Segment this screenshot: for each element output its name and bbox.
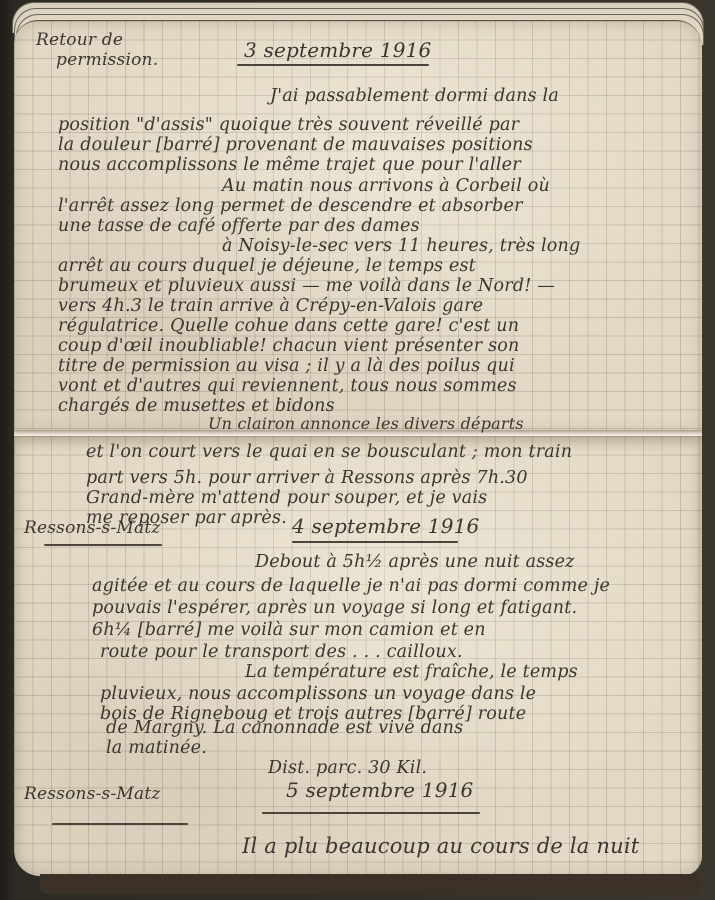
entry-place: Ressons-s-Matz: [24, 520, 161, 537]
diary-line: vont et d'autres qui reviennent, tous no…: [58, 378, 517, 396]
place-underline: [52, 823, 188, 825]
diary-line: Il a plu beaucoup au cours de la nuit: [242, 836, 639, 857]
diary-line: à Noisy-le-sec vers 11 heures, très long: [222, 238, 580, 256]
diary-line: coup d'œil inoubliable! chacun vient pré…: [58, 338, 519, 356]
entry-date: 5 septembre 1916: [286, 780, 473, 800]
date-underline: [292, 541, 458, 543]
diary-line: J'ai passablement dormi dans la: [270, 88, 559, 106]
diary-line: brumeux et pluvieux aussi — me voilà dan…: [58, 278, 555, 296]
page-shadow: [40, 874, 700, 894]
diary-line: Un clairon annonce les divers départs: [208, 416, 524, 432]
diary-line: titre de permission au visa ; il y a là …: [58, 358, 515, 376]
place-underline: [44, 544, 162, 546]
diary-line: nous accomplissons le même trajet que po…: [58, 157, 521, 175]
entry-place: Ressons-s-Matz: [24, 786, 161, 803]
diary-line: pluvieux, nous accomplissons un voyage d…: [100, 686, 536, 704]
diary-line: une tasse de café offerte par des dames: [58, 218, 420, 236]
diary-line: l'arrêt assez long permet de descendre e…: [58, 198, 523, 216]
diary-line: Grand-mère m'attend pour souper, et je v…: [86, 490, 487, 508]
diary-line: la matinée.: [106, 740, 207, 758]
diary-line: La température est fraîche, le temps: [245, 664, 578, 682]
diary-line: part vers 5h. pour arriver à Ressons apr…: [86, 470, 528, 488]
diary-line: Au matin nous arrivons à Corbeil où: [222, 178, 550, 196]
diary-line: régulatrice. Quelle cohue dans cette gar…: [58, 318, 519, 336]
entry-place: permission.: [56, 52, 158, 69]
date-underline: [262, 812, 480, 814]
diary-line: agitée et au cours de laquelle je n'ai p…: [92, 578, 610, 596]
diary-line: de Margny. La canonnade est vive dans: [106, 720, 463, 738]
diary-line: la douleur [barré] provenant de mauvaise…: [58, 137, 533, 155]
diary-line: arrêt au cours duquel je déjeune, le tem…: [58, 258, 476, 276]
entry-place: Retour de: [36, 32, 123, 49]
diary-line: chargés de musettes et bidons: [58, 398, 335, 416]
diary-line: route pour le transport des . . . caillo…: [100, 644, 463, 662]
diary-line: Debout à 5h½ après une nuit assez: [255, 554, 575, 572]
entry-date: 3 septembre 1916: [244, 40, 431, 60]
diary-line: et l'on court vers le quai en se bouscul…: [86, 444, 572, 462]
distance-note: Dist. parc. 30 Kil.: [268, 760, 427, 778]
date-underline: [237, 64, 429, 66]
entry-date: 4 septembre 1916: [292, 516, 479, 536]
diary-line: position "d'assis" quoique très souvent …: [58, 117, 519, 135]
diary-line: 6h¼ [barré] me voilà sur mon camion et e…: [92, 622, 486, 640]
diary-line: pouvais l'espérer, après un voyage si lo…: [92, 600, 577, 618]
diary-line: vers 4h.3 le train arrive à Crépy-en-Val…: [58, 298, 483, 316]
